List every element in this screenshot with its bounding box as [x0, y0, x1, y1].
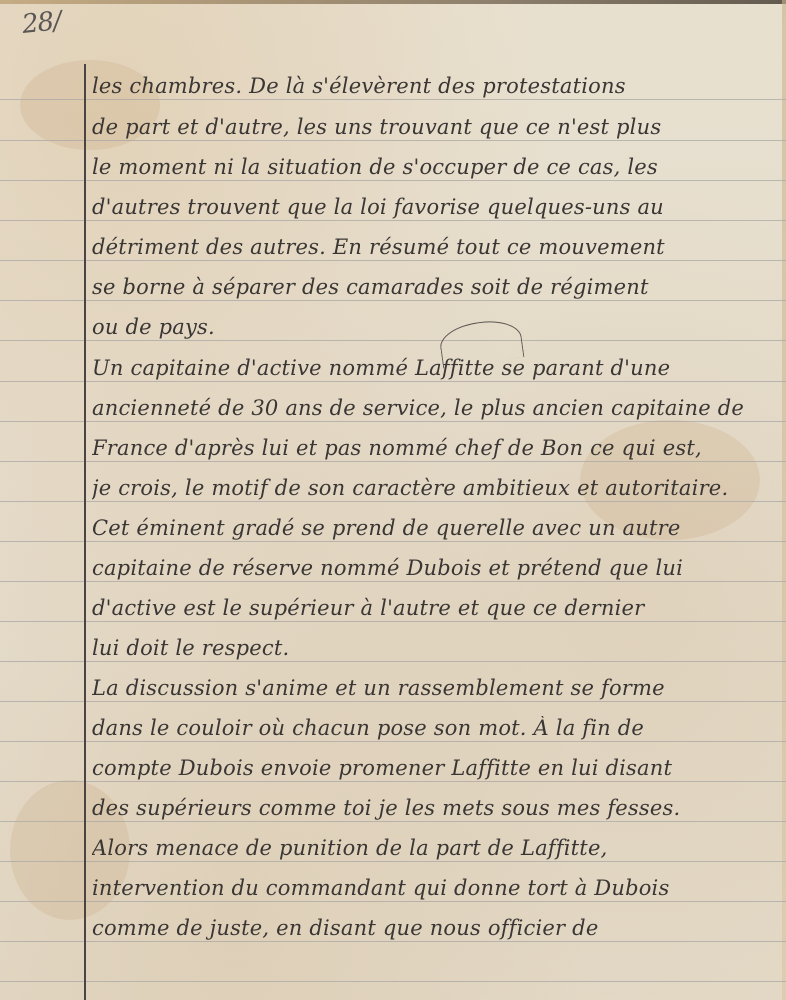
ruled-line	[0, 300, 786, 301]
ruled-line	[0, 421, 786, 422]
manuscript-line: de part et d'autre, les uns trouvant que…	[92, 115, 782, 139]
manuscript-line: intervention du commandant qui donne tor…	[92, 876, 782, 900]
ruled-line	[0, 541, 786, 542]
manuscript-line: d'active est le supérieur à l'autre et q…	[92, 596, 782, 620]
manuscript-line: Un capitaine d'active nommé Laffitte se …	[92, 356, 782, 380]
manuscript-line: le moment ni la situation de s'occuper d…	[92, 155, 782, 179]
page-number: 28/	[21, 6, 63, 40]
manuscript-line: compte Dubois envoie promener Laffitte e…	[92, 756, 782, 780]
ruled-line	[0, 941, 786, 942]
ruled-line	[0, 381, 786, 382]
ruled-line	[0, 501, 786, 502]
page-right-edge	[782, 0, 786, 1000]
manuscript-line: je crois, le motif de son caractère ambi…	[92, 476, 782, 500]
manuscript-line: d'autres trouvent que la loi favorise qu…	[92, 195, 782, 219]
ruled-line	[0, 861, 786, 862]
manuscript-line: comme de juste, en disant que nous offic…	[92, 916, 782, 940]
ruled-line	[0, 701, 786, 702]
manuscript-line: lui doit le respect.	[92, 636, 782, 660]
ruled-line	[0, 781, 786, 782]
ruled-line	[0, 821, 786, 822]
ruled-line	[0, 661, 786, 662]
ruled-line	[0, 140, 786, 141]
ruled-line	[0, 180, 786, 181]
page-top-edge	[0, 0, 786, 4]
manuscript-line: capitaine de réserve nommé Dubois et pré…	[92, 556, 782, 580]
manuscript-line: détriment des autres. En résumé tout ce …	[92, 235, 782, 259]
manuscript-page: 28/ les chambres. De là s'élevèrent des …	[0, 0, 786, 1000]
ruled-line	[0, 981, 786, 982]
ruled-line	[0, 99, 786, 100]
ruled-line	[0, 461, 786, 462]
manuscript-line: Alors menace de punition de la part de L…	[92, 836, 782, 860]
ruled-line	[0, 741, 786, 742]
ruled-line	[0, 220, 786, 221]
ruled-line	[0, 260, 786, 261]
ruled-line	[0, 621, 786, 622]
manuscript-line: les chambres. De là s'élevèrent des prot…	[92, 74, 782, 98]
manuscript-line: se borne à séparer des camarades soit de…	[92, 275, 782, 299]
manuscript-line: ou de pays.	[92, 315, 782, 339]
margin-line	[84, 64, 86, 1000]
ruled-line	[0, 340, 786, 341]
manuscript-line: ancienneté de 30 ans de service, le plus…	[92, 396, 782, 420]
ruled-line	[0, 581, 786, 582]
manuscript-line: des supérieurs comme toi je les mets sou…	[92, 796, 782, 820]
manuscript-line: Cet éminent gradé se prend de querelle a…	[92, 516, 782, 540]
manuscript-line: France d'après lui et pas nommé chef de …	[92, 436, 782, 460]
manuscript-line: La discussion s'anime et un rassemblemen…	[92, 676, 782, 700]
ruled-line	[0, 901, 786, 902]
manuscript-line: dans le couloir où chacun pose son mot. …	[92, 716, 782, 740]
